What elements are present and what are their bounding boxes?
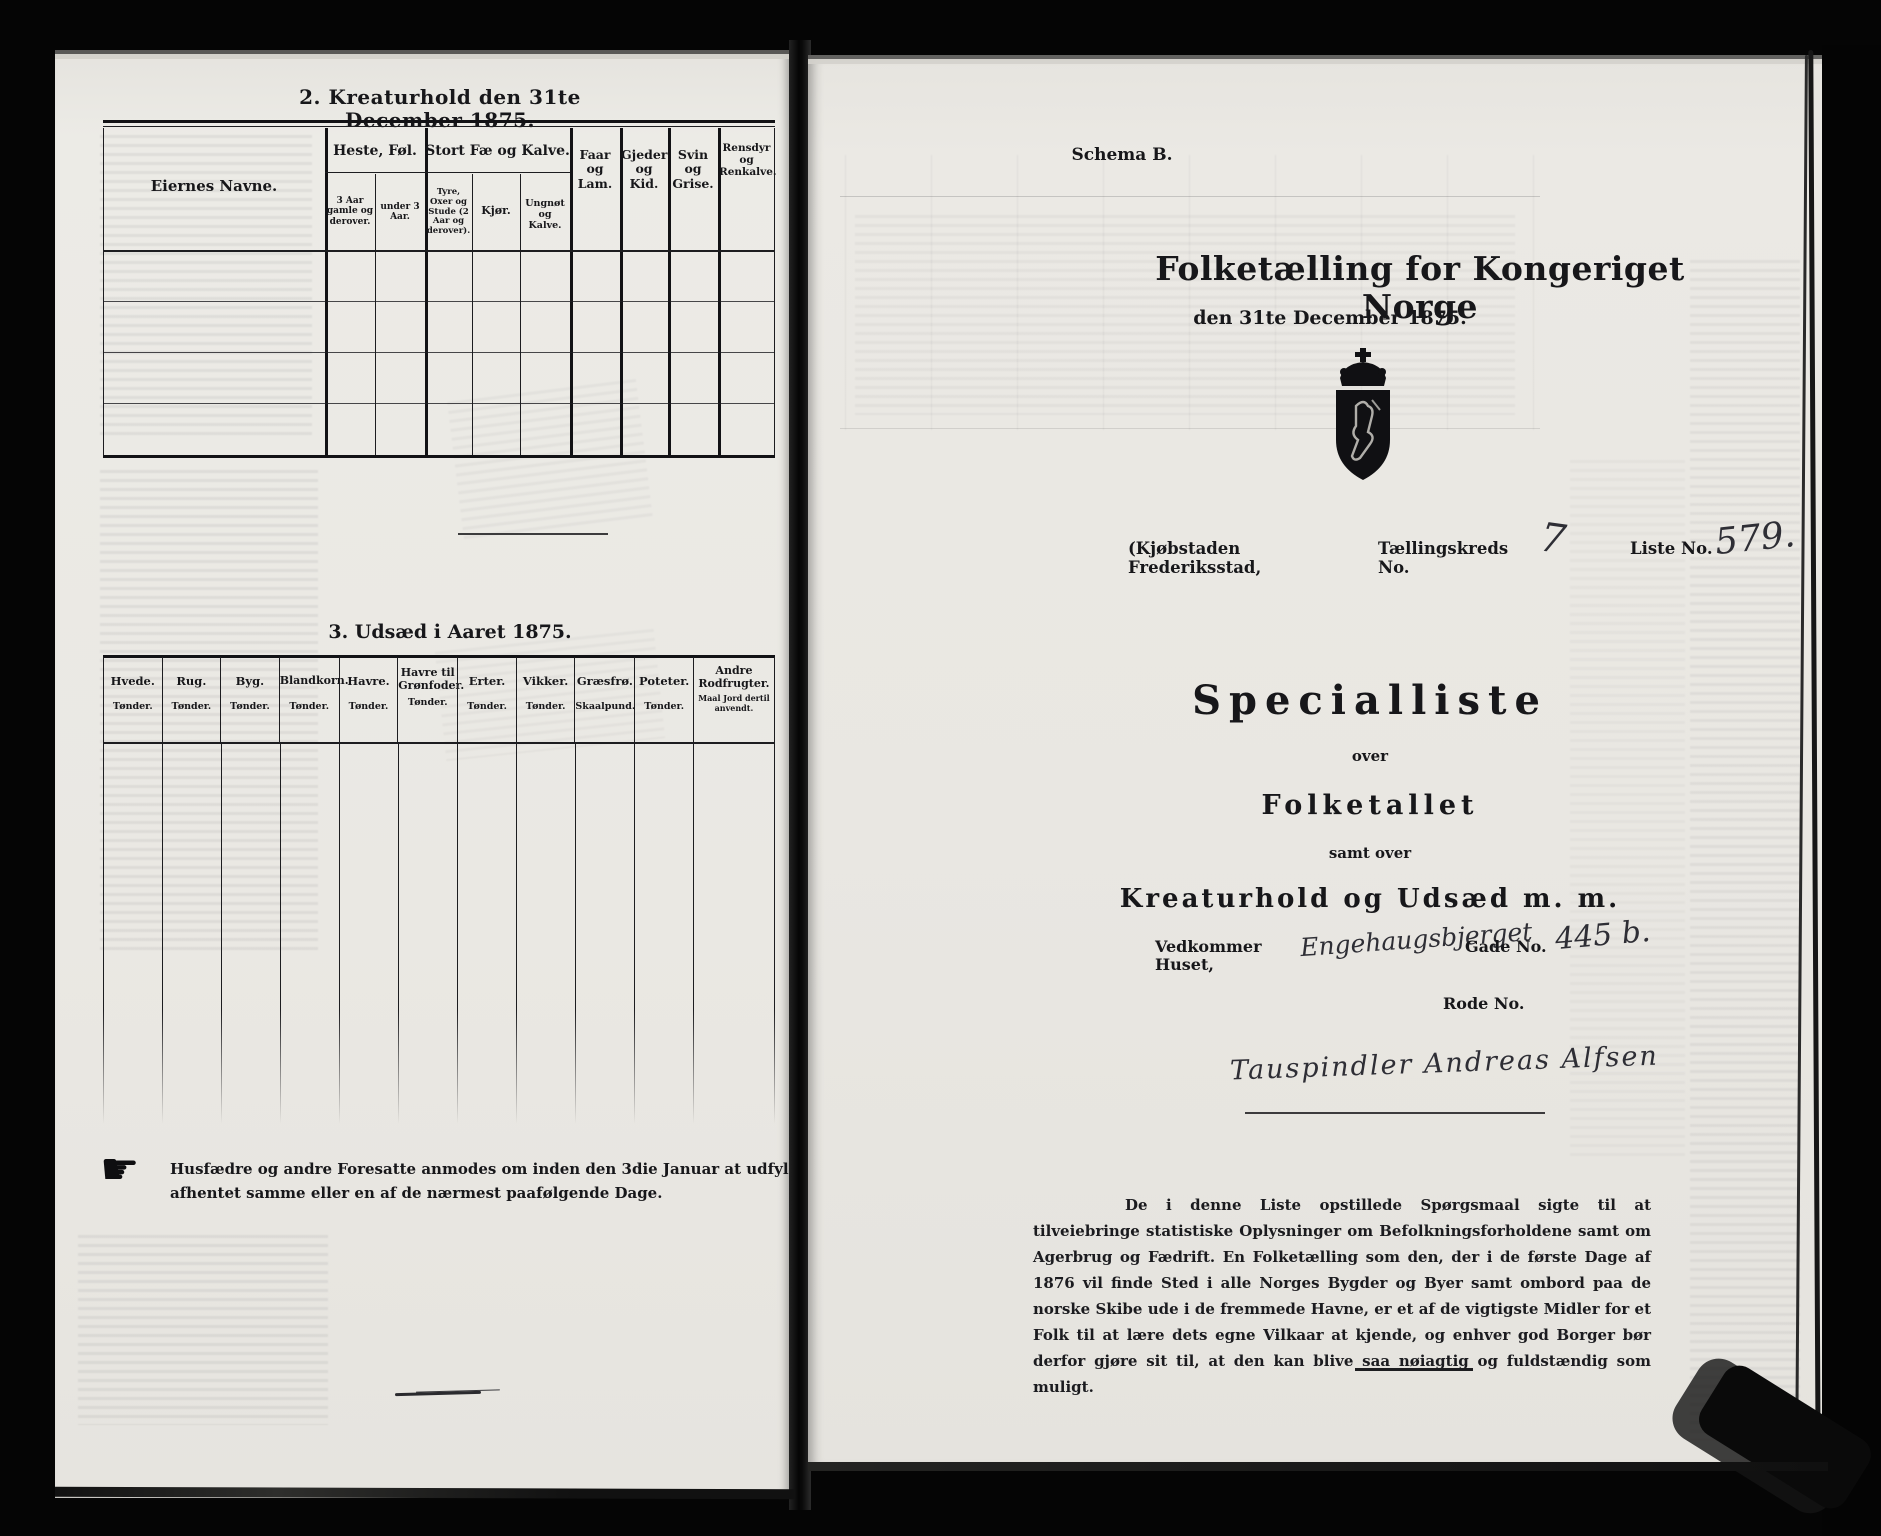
ghost-line xyxy=(840,196,1540,197)
grid-line xyxy=(516,744,517,1124)
liste-label: Liste No. xyxy=(1630,540,1720,559)
tellingskreds-label: Tællingskreds No. xyxy=(1378,540,1538,578)
col-name: Andre Rodfrugter. xyxy=(694,665,774,690)
col-svin-grise: Svin og Grise. xyxy=(669,148,717,191)
table3-header-cell: Vikker. Tønder. xyxy=(516,657,575,742)
col-heste-3aar: 3 Aar gamle og derover. xyxy=(326,196,374,227)
col-name: Rug. xyxy=(163,675,221,688)
col-unit: Tønder. xyxy=(398,698,457,709)
grid-line xyxy=(634,744,635,1124)
table3-header-cell: Byg. Tønder. xyxy=(220,657,279,742)
col-kjoer: Kjør. xyxy=(473,205,519,218)
grid-line xyxy=(162,744,163,1124)
rode-no-label: Rode No. xyxy=(1443,995,1543,1013)
grid-line xyxy=(425,172,570,173)
grid-line xyxy=(280,744,281,1124)
table2-bottom-rule xyxy=(103,455,775,458)
col-name: Blandkorn. xyxy=(280,675,339,688)
col-name: Vikker. xyxy=(517,675,575,688)
table3-header-cell: Rug. Tønder. xyxy=(162,657,221,742)
table3-header-cell: Havre til Grønfoder. Tønder. xyxy=(397,657,457,742)
table3-header-row: Hvede. Tønder. Rug. Tønder. Byg. Tønder.… xyxy=(103,657,775,742)
grid-line xyxy=(103,744,104,1124)
table3-header-cell: Blandkorn. Tønder. xyxy=(279,657,339,742)
ghost-line xyxy=(840,428,1540,429)
col-faar-lam: Faar og Lam. xyxy=(571,148,619,191)
grid-line xyxy=(103,250,775,252)
col-unit: Maal Jord dertil anvendt. xyxy=(694,694,774,713)
group-stort-fae: Stort Fæ og Kalve. xyxy=(425,143,570,159)
over-label: over xyxy=(1120,748,1620,765)
col-name: Hvede. xyxy=(104,675,162,688)
district-prefix: (Kjøbstaden Frederiksstad, xyxy=(1128,540,1358,578)
footnote-line1: Husfædre og andre Foresatte anmodes om i… xyxy=(170,1156,810,1183)
table3-body xyxy=(103,744,775,1124)
grid-line xyxy=(325,128,328,455)
col-unit: Skaalpund. xyxy=(575,702,634,713)
page-bottom-edge xyxy=(808,1462,1828,1471)
col-unit: Tønder. xyxy=(517,702,575,713)
footnote-line2: afhentet samme eller en af de nærmest pa… xyxy=(170,1184,810,1202)
col-unit: Tønder. xyxy=(104,702,162,713)
col-eiernes-navne: Eiernes Navne. xyxy=(103,178,325,195)
table3-header-cell: Andre Rodfrugter. Maal Jord dertil anven… xyxy=(693,657,775,742)
scanned-census-spread: 2. Kreaturhold den 31te December 1875. E… xyxy=(0,0,1881,1536)
table3-header-cell: Havre. Tønder. xyxy=(339,657,398,742)
bleed-through-text xyxy=(1690,260,1800,1440)
col-name: Havre. xyxy=(340,675,398,688)
grid-line xyxy=(103,352,775,353)
kreaturhold-heading: Kreaturhold og Udsæd m. m. xyxy=(1080,885,1660,915)
col-unit: Tønder. xyxy=(163,702,221,713)
grid-line xyxy=(425,128,428,455)
folketallet-heading: Folketallet xyxy=(1120,790,1620,821)
table3-header-cell: Poteter. Tønder. xyxy=(634,657,693,742)
grid-line xyxy=(103,403,775,404)
col-unit: Tønder. xyxy=(458,702,516,713)
vedkommer-huset-label: Vedkommer Huset, xyxy=(1155,938,1305,975)
explanatory-paragraph: De i denne Liste opstillede Spørgsmaal s… xyxy=(1033,1192,1651,1400)
col-name: Poteter. xyxy=(635,675,693,688)
grid-line xyxy=(221,744,222,1124)
section3-title: 3. Udsæd i Aaret 1875. xyxy=(280,622,620,644)
coat-of-arms-svg xyxy=(1322,348,1404,490)
grid-line xyxy=(693,744,694,1124)
coat-of-arms-norway-icon xyxy=(1322,348,1404,490)
liste-value-handwritten: 579. xyxy=(1713,514,1797,563)
col-name: Havre til Grønfoder. xyxy=(398,667,457,692)
col-unit: Tønder. xyxy=(340,702,398,713)
col-rensdyr: Rensdyr og Renkalve. xyxy=(719,142,774,178)
col-gjeder-kid: Gjeder og Kid. xyxy=(621,148,667,191)
grid-line xyxy=(575,744,576,1124)
grid-line xyxy=(457,744,458,1124)
col-name: Erter. xyxy=(458,675,516,688)
grid-line xyxy=(339,744,340,1124)
specialliste-heading: Specialliste xyxy=(1120,678,1620,724)
gade-no-label: Gade No. xyxy=(1465,938,1555,956)
schema-label: Schema B. xyxy=(1062,146,1182,166)
samt-over-label: samt over xyxy=(1120,845,1620,862)
col-name: Byg. xyxy=(221,675,279,688)
grid-line xyxy=(398,744,399,1124)
manicule-icon: ☛ xyxy=(100,1148,160,1192)
table3-header-cell: Græsfrø. Skaalpund. xyxy=(574,657,634,742)
col-tyre-oxer: Tyre, Oxer og Stude (2 Aar og derover). xyxy=(426,188,471,237)
table2-top-rule xyxy=(103,120,775,123)
divider-rule xyxy=(458,533,608,535)
grid-line xyxy=(103,301,775,302)
grid-line xyxy=(774,744,775,1124)
col-ungnoet-kalve: Ungnøt og Kalve. xyxy=(521,199,569,232)
table3-header-cell: Hvede. Tønder. xyxy=(103,657,162,742)
group-heste-foel: Heste, Føl. xyxy=(325,143,425,159)
col-unit: Tønder. xyxy=(280,702,339,713)
col-unit: Tønder. xyxy=(221,702,279,713)
table3-header-cell: Erter. Tønder. xyxy=(457,657,516,742)
bleed-through-text xyxy=(78,1235,328,1425)
grid-line xyxy=(325,172,425,173)
signature-rule xyxy=(1245,1112,1545,1114)
col-heste-under3: under 3 Aar. xyxy=(376,202,424,223)
col-unit: Tønder. xyxy=(635,702,693,713)
table2-top-rule2 xyxy=(103,126,775,127)
scan-border xyxy=(1822,45,1881,1536)
paragraph-end-rule xyxy=(1355,1368,1473,1371)
census-subtitle: den 31te December 1875. xyxy=(1130,308,1530,330)
col-name: Græsfrø. xyxy=(575,675,634,688)
